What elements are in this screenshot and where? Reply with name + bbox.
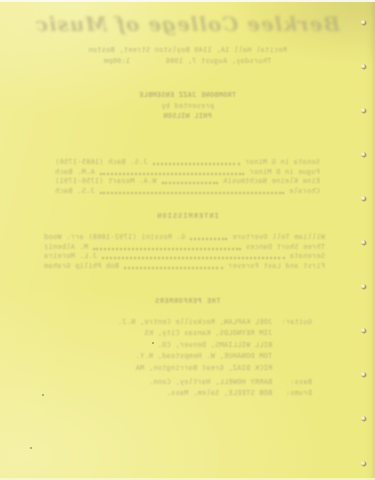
punch-hole [361, 416, 366, 421]
venue-line: Recital Hall 1A, 1140 Boylston Street, B… [0, 46, 375, 54]
page-title: Berklee College of Music [0, 12, 375, 36]
dotted-leader [100, 189, 284, 194]
mirrored-showthrough-text: Berklee College of Music Recital Hall 1A… [0, 0, 375, 480]
performer-line: Guitar: JOEL KAPLAN, Rockville Centre, N… [118, 317, 312, 328]
performer-line: Bass: BARRY HOWELL, Hartley, Conn. [118, 377, 312, 388]
piece-title: First and Last Forever [228, 262, 325, 270]
composer-name: W.A. Mozart (1756-1791) [55, 177, 157, 185]
punch-hole [361, 284, 366, 289]
program-row: Chorale J.S. Bach [55, 187, 320, 195]
piece-title: Eine Kleine Nachtmusik [223, 177, 320, 185]
program-row: Sonata in G Minor J.S. Bach (1685-1750) [55, 158, 320, 166]
performer-line: BILL WILLIAMS, Denver, CO. [118, 340, 312, 351]
dotted-leader [100, 170, 245, 175]
performer-line: JIM REYNOLDS, Kansas City, KS [118, 328, 312, 339]
paper-speck [42, 394, 44, 396]
program-row: First and Last Forever Bob Philip Graham [44, 262, 325, 270]
punch-hole [361, 64, 366, 69]
ensemble-heading: TROMBONE JAZZ ENSEMBLE [0, 91, 375, 99]
piece-title: William Tell Overture [232, 233, 325, 241]
scan-edge-top [0, 0, 375, 2]
dotted-leader [102, 254, 285, 259]
performers-list: Guitar: JOEL KAPLAN, Rockville Centre, N… [118, 317, 312, 400]
dotted-leader [162, 179, 218, 184]
punch-hole [361, 20, 366, 25]
paper-speck [30, 447, 32, 449]
piece-title: Chorale [289, 187, 320, 195]
performers-heading: THE PERFORMERS [0, 297, 375, 305]
piece-title: Sonata in G Minor [245, 158, 320, 166]
punch-hole [361, 196, 366, 201]
punch-hole [361, 372, 366, 377]
performer-line: RICK DIAZ, Great Barrington, MA [118, 363, 312, 374]
dotted-leader [93, 245, 240, 250]
punch-hole [361, 328, 366, 333]
composer-name: G. Rossini (1792-1868) arr. Wood [44, 233, 185, 241]
composer-name: J.S. Bach (1685-1750) [55, 158, 148, 166]
scanned-program-page: Berklee College of Music Recital Hall 1A… [0, 0, 375, 480]
dotted-leader [124, 264, 223, 269]
presented-by-label: presented by [0, 102, 375, 110]
intermission-label: INTERMISSION [0, 212, 375, 220]
composer-name: A.M. Bach [55, 168, 95, 176]
program-row: Three Short Dances M. Albeniz [44, 243, 325, 251]
date-time-line: Thursday, August 7, 1986 1:00pm [0, 57, 375, 65]
paper-speck [152, 342, 154, 344]
punch-hole [361, 240, 366, 245]
piece-title: Three Short Dances [246, 243, 325, 251]
program-row: Eine Kleine Nachtmusik W.A. Mozart (1756… [55, 177, 320, 185]
dotted-leader [153, 160, 240, 165]
program-row: Serenata J.L. Moreira [44, 252, 325, 260]
piece-title: Serenata [290, 252, 325, 260]
performer-line: Drums: BOB STEELE, Salem, Mass. [118, 388, 312, 399]
composer-name: J.L. Moreira [44, 252, 97, 260]
piece-title: Fugue in D Minor [249, 168, 320, 176]
program-row: William Tell Overture G. Rossini (1792-1… [44, 233, 325, 241]
composer-name: J.S. Bach [55, 187, 95, 195]
punch-hole [361, 108, 366, 113]
performer-line: TOM DONAHUE, W. Hempstead, N.Y. [118, 351, 312, 362]
punch-hole [361, 461, 366, 466]
composer-name: Bob Philip Graham [44, 262, 119, 270]
director-name: PHIL WILSON [0, 112, 375, 120]
composer-name: M. Albeniz [44, 243, 88, 251]
dotted-leader [190, 235, 227, 240]
punch-hole [361, 152, 366, 157]
program-row: Fugue in D Minor A.M. Bach [55, 168, 320, 176]
